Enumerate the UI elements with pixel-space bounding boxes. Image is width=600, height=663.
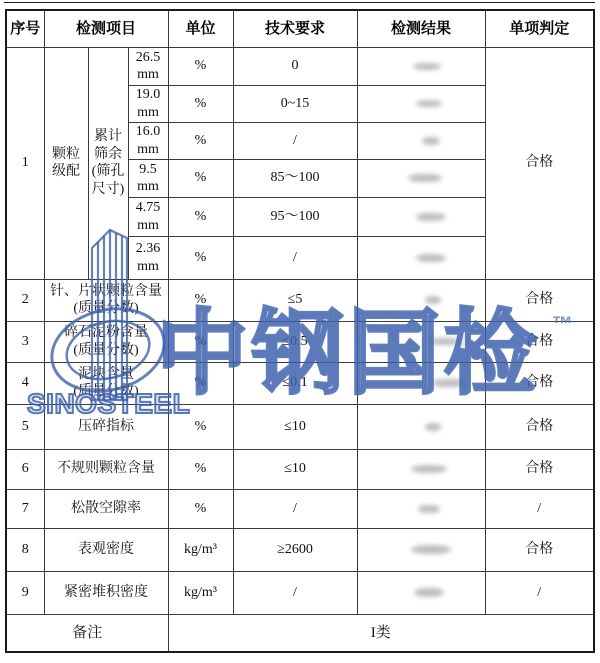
cell-unit: % — [168, 279, 233, 321]
redacted-result-smudge — [416, 213, 446, 221]
cell-sieve-size: 26.5 mm — [128, 47, 168, 85]
cell-result — [357, 449, 485, 489]
cell-result — [357, 122, 485, 159]
cell-requirement: ≤10 — [233, 449, 357, 489]
table-row: 9 紧密堆积密度 kg/m³ / / — [6, 571, 594, 614]
cell-requirement: / — [233, 489, 357, 528]
item-line: (质量分数) — [45, 300, 168, 318]
cell-unit: % — [168, 362, 233, 404]
cell-result — [357, 404, 485, 449]
cell-no: 5 — [6, 404, 44, 449]
table-row: 1 颗粒 级配 累计 筛余 (筛孔 尺寸) 26.5 mm % 0 合格 — [6, 47, 594, 85]
cell-result — [357, 236, 485, 279]
table-row: 5 压碎指标 % ≤10 合格 — [6, 404, 594, 449]
cell-unit: % — [168, 321, 233, 362]
table-row: 4 泥块含量 (质量分数) % ≤0.1 合格 — [6, 362, 594, 404]
test-report-page: 序号 检测项目 单位 技术要求 检测结果 单项判定 1 颗粒 级配 累计 筛余 … — [0, 0, 600, 663]
cell-sieve-size: 4.75 mm — [128, 197, 168, 236]
cell-requirement: 0~15 — [233, 85, 357, 122]
redacted-result-smudge — [408, 174, 442, 182]
cell-requirement: / — [233, 571, 357, 614]
cell-item: 松散空隙率 — [44, 489, 168, 528]
item-line: 颗粒 — [45, 146, 88, 164]
sieve-label-line: (筛孔 — [89, 163, 128, 181]
redacted-result-smudge — [425, 296, 441, 304]
cell-no: 1 — [6, 47, 44, 279]
table-row: 2 针、片状颗粒含量 (质量分数) % ≤5 合格 — [6, 279, 594, 321]
cell-result — [357, 85, 485, 122]
cell-unit: % — [168, 449, 233, 489]
cell-result — [357, 159, 485, 197]
cell-no: 4 — [6, 362, 44, 404]
cell-result — [357, 321, 485, 362]
sieve-size-unit: mm — [129, 66, 168, 84]
cell-verdict: / — [485, 489, 594, 528]
redacted-result-smudge — [416, 254, 446, 262]
cell-sieve-label: 累计 筛余 (筛孔 尺寸) — [88, 47, 128, 279]
cell-verdict: 合格 — [485, 362, 594, 404]
item-line: 级配 — [45, 163, 88, 181]
cell-requirement: ≤0.5 — [233, 321, 357, 362]
table-row: 6 不规则颗粒含量 % ≤10 合格 — [6, 449, 594, 489]
sieve-label-line: 尺寸) — [89, 181, 128, 199]
redacted-result-smudge — [414, 588, 444, 597]
cell-result — [357, 279, 485, 321]
cell-sieve-size: 16.0 mm — [128, 122, 168, 159]
cell-unit: % — [168, 47, 233, 85]
cell-item: 泥块含量 (质量分数) — [44, 362, 168, 404]
cell-no: 8 — [6, 528, 44, 571]
cell-verdict: 合格 — [485, 404, 594, 449]
sieve-size-unit: mm — [129, 104, 168, 122]
item-line: 泥块含量 — [45, 366, 168, 384]
sieve-size-value: 2.36 — [129, 240, 168, 258]
cell-result — [357, 489, 485, 528]
cell-sieve-size: 2.36 mm — [128, 236, 168, 279]
cell-no: 6 — [6, 449, 44, 489]
item-line: 针、片状颗粒含量 — [45, 283, 168, 301]
table-row: 7 松散空隙率 % / / — [6, 489, 594, 528]
sieve-size-value: 4.75 — [129, 199, 168, 217]
cell-sieve-size: 9.5 mm — [128, 159, 168, 197]
cell-item: 颗粒 级配 — [44, 47, 88, 279]
sieve-size-unit: mm — [129, 141, 168, 159]
cell-requirement: ≥2600 — [233, 528, 357, 571]
cell-no: 3 — [6, 321, 44, 362]
redacted-result-smudge — [411, 545, 451, 554]
cell-requirement: 85～100 — [233, 159, 357, 197]
header-row: 序号 检测项目 单位 技术要求 检测结果 单项判定 — [6, 10, 594, 47]
redacted-result-smudge — [432, 379, 466, 387]
item-line: (质量分数) — [45, 342, 168, 360]
cell-verdict: 合格 — [485, 449, 594, 489]
cell-verdict: 合格 — [485, 47, 594, 279]
sieve-size-unit: mm — [129, 178, 168, 196]
cell-requirement: / — [233, 122, 357, 159]
item-line: 碎石泥粉含量 — [45, 324, 168, 342]
header-cell-requirement: 技术要求 — [233, 10, 357, 47]
cell-verdict: 合格 — [485, 321, 594, 362]
cell-no: 9 — [6, 571, 44, 614]
remark-label: 备注 — [6, 614, 168, 652]
header-cell-result: 检测结果 — [357, 10, 485, 47]
redacted-result-smudge — [413, 63, 441, 70]
test-report-table: 序号 检测项目 单位 技术要求 检测结果 单项判定 1 颗粒 级配 累计 筛余 … — [5, 9, 595, 653]
redacted-result-smudge — [411, 465, 447, 473]
top-rule-line — [4, 2, 595, 3]
table-row: 3 碎石泥粉含量 (质量分数) % ≤0.5 合格 — [6, 321, 594, 362]
sieve-label-line: 累计 — [89, 128, 128, 146]
cell-unit: % — [168, 122, 233, 159]
header-cell-verdict: 单项判定 — [485, 10, 594, 47]
cell-unit: % — [168, 159, 233, 197]
header-cell-unit: 单位 — [168, 10, 233, 47]
sieve-size-value: 26.5 — [129, 49, 168, 67]
redacted-result-smudge — [418, 505, 440, 513]
cell-item: 针、片状颗粒含量 (质量分数) — [44, 279, 168, 321]
cell-result — [357, 362, 485, 404]
cell-unit: % — [168, 85, 233, 122]
cell-unit: % — [168, 197, 233, 236]
cell-unit: kg/m³ — [168, 528, 233, 571]
cell-unit: kg/m³ — [168, 571, 233, 614]
sieve-label-line: 筛余 — [89, 146, 128, 164]
cell-item: 紧密堆积密度 — [44, 571, 168, 614]
cell-item: 不规则颗粒含量 — [44, 449, 168, 489]
cell-result — [357, 571, 485, 614]
header-cell-item: 检测项目 — [44, 10, 168, 47]
sieve-size-value: 19.0 — [129, 86, 168, 104]
cell-requirement: 0 — [233, 47, 357, 85]
sieve-size-value: 9.5 — [129, 161, 168, 179]
remark-value: I类 — [168, 614, 594, 652]
sieve-size-unit: mm — [129, 217, 168, 235]
cell-verdict: 合格 — [485, 279, 594, 321]
cell-item: 碎石泥粉含量 (质量分数) — [44, 321, 168, 362]
cell-item: 压碎指标 — [44, 404, 168, 449]
cell-result — [357, 197, 485, 236]
cell-no: 2 — [6, 279, 44, 321]
cell-result — [357, 47, 485, 85]
sieve-size-value: 16.0 — [129, 123, 168, 141]
redacted-result-smudge — [416, 100, 442, 107]
remark-row: 备注 I类 — [6, 614, 594, 652]
cell-requirement: ≤10 — [233, 404, 357, 449]
table-row: 8 表观密度 kg/m³ ≥2600 合格 — [6, 528, 594, 571]
cell-requirement: ≤0.1 — [233, 362, 357, 404]
cell-unit: % — [168, 489, 233, 528]
redacted-result-smudge — [430, 338, 460, 345]
cell-item: 表观密度 — [44, 528, 168, 571]
cell-verdict: / — [485, 571, 594, 614]
sieve-size-unit: mm — [129, 258, 168, 276]
header-cell-no: 序号 — [6, 10, 44, 47]
redacted-result-smudge — [425, 423, 441, 431]
cell-requirement: ≤5 — [233, 279, 357, 321]
redacted-result-smudge — [422, 137, 440, 145]
cell-sieve-size: 19.0 mm — [128, 85, 168, 122]
cell-no: 7 — [6, 489, 44, 528]
cell-requirement: 95～100 — [233, 197, 357, 236]
cell-unit: % — [168, 236, 233, 279]
cell-result — [357, 528, 485, 571]
cell-verdict: 合格 — [485, 528, 594, 571]
cell-requirement: / — [233, 236, 357, 279]
cell-unit: % — [168, 404, 233, 449]
item-line: (质量分数) — [45, 383, 168, 401]
